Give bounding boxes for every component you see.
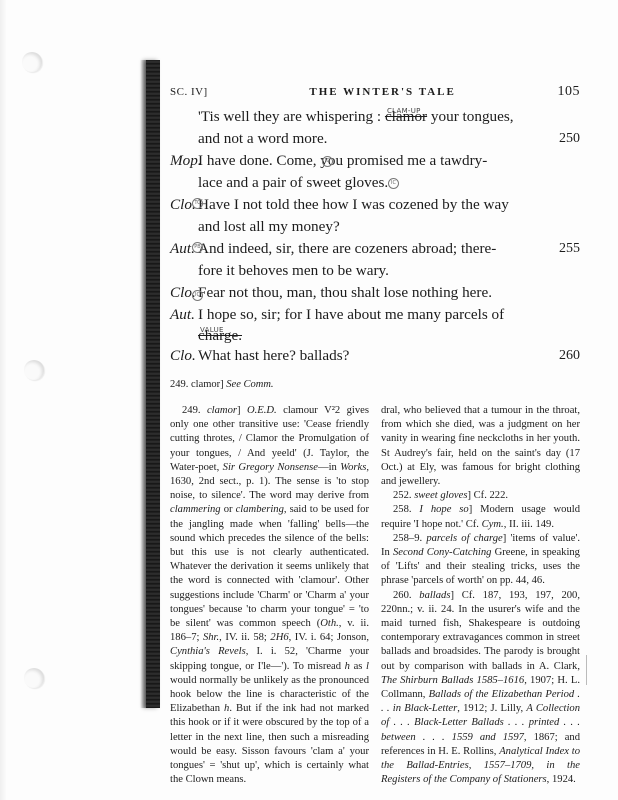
speaker-prefix: Aut.	[170, 304, 198, 326]
verse-text: I hope so, sir; for I have about me many…	[198, 304, 580, 326]
binding-gutter-shadow	[146, 60, 160, 708]
verse-line: Aut.I hope so, sir; for I have about me …	[170, 304, 580, 326]
verse-text: 'Tis well they are whispering : clamorCL…	[198, 106, 580, 128]
page-crease	[586, 655, 587, 685]
verse-text: and not a word more.	[198, 128, 580, 150]
verse-text: Have I not told thee how I was cozened b…	[198, 194, 580, 216]
line-number: 250	[559, 128, 580, 150]
line-number: 255	[559, 238, 580, 260]
verse-line: and not a word more.250	[170, 128, 580, 150]
commentary-note: 258–9. parcels of charge] 'items of valu…	[381, 532, 580, 589]
speaker-prefix	[170, 128, 198, 150]
speaker-prefix	[170, 106, 198, 128]
italic-text: O.E.D.	[247, 405, 277, 416]
commentary-note: dral, who believed that a tumour in the …	[381, 404, 580, 489]
commentary-note: 258. I hope so] Modern usage would requi…	[381, 503, 580, 531]
italic-text: Shr.	[203, 632, 219, 643]
italic-text: clambering	[236, 504, 284, 515]
verse-text: What hast here? ballads?	[198, 345, 580, 367]
speaker-prefix: Mop.	[170, 150, 198, 172]
italic-text: Second Cony-Catching	[393, 547, 491, 558]
pencil-circle-mark: TC	[192, 198, 203, 209]
italic-text: sweet gloves	[414, 490, 467, 501]
scene-label: SC. IV]	[170, 86, 208, 98]
pencil-circle-mark: IC	[192, 290, 203, 301]
italic-text: 2H6	[270, 632, 288, 643]
book-page: SC. IV] THE WINTER'S TALE 105 'Tis well …	[170, 84, 580, 787]
verse-text: And indeed, sir, there are cozeners abro…	[198, 238, 580, 260]
italic-text: Cym.	[482, 519, 504, 530]
commentary-left-column: 249. clamor] O.E.D. clamour V²2 gives on…	[170, 404, 369, 787]
italic-text: The Shirburn Ballads 1585–1616	[381, 675, 524, 686]
struck-word: clamorCLAM-UP	[385, 108, 427, 125]
speaker-prefix	[170, 172, 198, 194]
pencil-circle-mark: PB	[192, 242, 203, 253]
verse-block: 'Tis well they are whispering : clamorCL…	[170, 106, 580, 367]
scan-left-edge	[0, 0, 6, 800]
verse-line: 'Tis well they are whispering : clamorCL…	[170, 106, 580, 128]
italic-text: parcels of charge	[426, 533, 502, 544]
commentary-note: 249. clamor] O.E.D. clamour V²2 gives on…	[170, 404, 369, 787]
italic-text: Sir Gregory Nonsense	[223, 462, 318, 473]
punch-hole-bottom	[24, 668, 44, 688]
handwritten-correction: VALUE	[200, 321, 224, 340]
italic-text: Cynthia's Revels	[170, 646, 246, 657]
line-number: 260	[559, 345, 580, 367]
commentary-note: 260. ballads] Cf. 187, 193, 197, 200, 22…	[381, 589, 580, 788]
running-title: THE WINTER'S TALE	[309, 86, 456, 98]
verse-text: charge.VALUE	[198, 326, 580, 345]
italic-text: l	[366, 661, 369, 672]
italic-text: I hope so	[419, 504, 468, 515]
verse-line: lace and a pair of sweet gloves.	[170, 172, 580, 194]
running-head: SC. IV] THE WINTER'S TALE 105	[170, 84, 580, 104]
verse-line: Clo.What hast here? ballads?260	[170, 345, 580, 367]
speaker-prefix	[170, 216, 198, 238]
italic-text: ballads	[419, 590, 450, 601]
italic-text: clamor	[207, 405, 237, 416]
verse-text: fore it behoves men to be wary.	[198, 260, 580, 282]
verse-text: and lost all my money?	[198, 216, 580, 238]
italic-text: Oth.	[320, 618, 339, 629]
punch-hole-middle	[24, 360, 44, 380]
struck-word: charge.VALUE	[198, 327, 242, 344]
speaker-prefix	[170, 326, 198, 345]
punch-hole-top	[22, 52, 42, 72]
italic-text: Works	[340, 462, 366, 473]
verse-line: Clo.Fear not thou, man, thou shalt lose …	[170, 282, 580, 304]
italic-text: h	[345, 661, 350, 672]
speaker-prefix	[170, 260, 198, 282]
verse-line: charge.VALUE	[170, 326, 580, 345]
italic-text: h	[224, 703, 229, 714]
page-number: 105	[557, 84, 580, 100]
commentary: 249. clamor] O.E.D. clamour V²2 gives on…	[170, 404, 580, 787]
collation-ref: 249. clamor]	[170, 379, 224, 390]
handwritten-correction: CLAM-UP	[387, 100, 421, 122]
verse-line: and lost all my money?	[170, 216, 580, 238]
commentary-right-column: dral, who believed that a tumour in the …	[381, 404, 580, 787]
pencil-circle-mark: IC	[388, 178, 399, 189]
verse-line: fore it behoves men to be wary.	[170, 260, 580, 282]
speaker-prefix: Clo.	[170, 345, 198, 367]
italic-text: clammering	[170, 504, 221, 515]
pencil-circle-mark: ID	[322, 156, 333, 167]
italic-text: Analytical Index to the Ballad-Entries, …	[381, 746, 580, 785]
verse-line: Clo.Have I not told thee how I was cozen…	[170, 194, 580, 216]
verse-text: Fear not thou, man, thou shalt lose noth…	[198, 282, 580, 304]
collation-text: See Comm.	[226, 379, 273, 390]
verse-line: Aut.And indeed, sir, there are cozeners …	[170, 238, 580, 260]
collation-note: 249. clamor] See Comm.	[170, 379, 580, 390]
verse-text: I have done. Come, you promised me a taw…	[198, 150, 580, 172]
verse-line: Mop.I have done. Come, you promised me a…	[170, 150, 580, 172]
commentary-note: 252. sweet gloves] Cf. 222.	[381, 489, 580, 503]
